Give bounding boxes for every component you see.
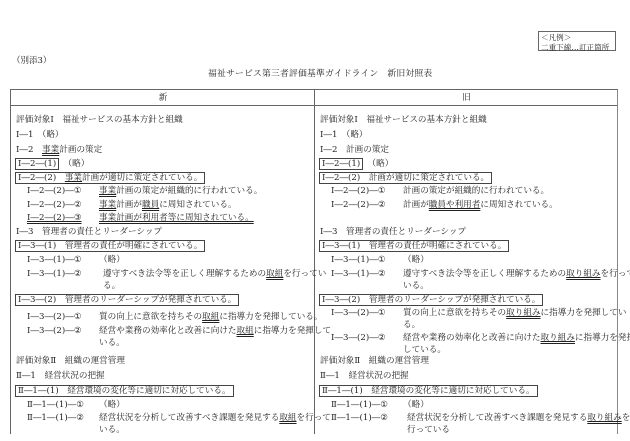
- document-title: 福祉サービス第三者評価基準ガイドライン 新旧対照表: [208, 66, 432, 79]
- corrected-text: 職員: [142, 200, 159, 210]
- item-continuation: している。: [403, 345, 446, 356]
- legend-text: 二重下線…訂正箇所: [541, 43, 613, 53]
- item-line: Ⅰ―3―(2) 管理者のリーダーシップが発揮されている。: [320, 295, 543, 306]
- item-line: Ⅱ―1 経営状況の把握: [16, 371, 105, 382]
- corrected-text: 取り組み: [566, 269, 600, 279]
- item-line: Ⅰ―2 計画の策定: [320, 145, 389, 156]
- column-old: 評価対象Ⅰ 福祉サービスの基本方針と組織 Ⅰ―1 （略） Ⅰ―2 計画の策定 Ⅰ…: [315, 105, 618, 434]
- item-line: Ⅱ―1―(1)―①（略）: [331, 400, 429, 411]
- item-line: Ⅰ―3―(2)―②経営や業務の効率化と改善に向けた取組に指導力を発揮して: [27, 326, 331, 337]
- column-new: 評価対象Ⅰ 福祉サービスの基本方針と組織 Ⅰ―1 （略） Ⅰ―2 事業計画の策定…: [11, 105, 314, 434]
- item-line: Ⅰ―3―(1)―①（略）: [27, 255, 125, 266]
- boxed-label: Ⅰ―2―(2) 事業計画が適切に策定されている。: [15, 172, 205, 184]
- item-line: Ⅰ―2―(2)―③事業計画が利用者等に周知されている。: [27, 213, 254, 224]
- item-line: Ⅰ―2―(2)―②事業計画が職員に周知されている。: [27, 200, 237, 211]
- item-line: Ⅰ―2―(2)―①計画の策定が組織的に行われている。: [331, 186, 549, 197]
- item-line: Ⅰ―3―(1)―②遵守すべき法令等を正しく理解するための取組を行ってい: [27, 269, 326, 280]
- annex-label: （別添3）: [12, 54, 51, 66]
- item-line: Ⅰ―3 管理者の責任とリーダーシップ: [320, 227, 466, 238]
- item-continuation: 行っている: [407, 425, 450, 436]
- corrected-text: 事業: [99, 200, 116, 210]
- header-new: 新: [11, 91, 315, 103]
- item-continuation: いる。: [99, 425, 125, 436]
- item-line: Ⅰ―2―(2)―①事業計画の策定が組織的に行われている。: [27, 186, 262, 197]
- comparison-table: 新 旧 評価対象Ⅰ 福祉サービスの基本方針と組織 Ⅰ―1 （略） Ⅰ―2 事業計…: [10, 89, 618, 434]
- boxed-label: Ⅰ―3―(1) 管理者の責任が明確にされている。: [15, 240, 205, 252]
- item-line: Ⅰ―2―(1) （略）: [320, 159, 393, 170]
- corrected-text: 取り組み: [506, 308, 540, 318]
- corrected-text: 取り組み: [541, 333, 575, 343]
- corrected-text: 取り組み: [587, 413, 621, 423]
- item-line: Ⅰ―3―(2)―①質の向上に意欲を持ちその取組に指導力を発揮している。: [27, 312, 322, 323]
- item-line: Ⅰ―2―(1) （略）: [16, 159, 89, 170]
- corrected-text: 職員や利用者: [429, 200, 481, 210]
- corrected-text: 事業: [65, 173, 82, 183]
- section-heading: 評価対象Ⅰ 福祉サービスの基本方針と組織: [320, 115, 487, 126]
- boxed-label: Ⅰ―2―(2) 計画が適切に策定されている。: [319, 172, 492, 184]
- item-line: Ⅰ―3―(1) 管理者の責任が明確にされている。: [16, 241, 205, 252]
- corrected-text: 取組: [266, 269, 283, 279]
- item-line: Ⅰ―3―(1)―①（略）: [331, 255, 429, 266]
- item-line: Ⅰ―3―(2) 管理者のリーダーシップが発揮されている。: [16, 295, 239, 306]
- item-line: Ⅱ―1 経営状況の把握: [320, 371, 409, 382]
- item-line: Ⅰ―1 （略）: [320, 130, 368, 141]
- corrected-text: 取組: [237, 326, 254, 336]
- item-line: Ⅰ―2 事業計画の策定: [16, 145, 102, 156]
- boxed-label: Ⅰ―3―(2) 管理者のリーダーシップが発揮されている。: [319, 294, 543, 306]
- boxed-label: Ⅰ―3―(2) 管理者のリーダーシップが発揮されている。: [15, 294, 239, 306]
- item-line: Ⅱ―1―(1)―①（略）: [27, 400, 125, 411]
- boxed-label: Ⅱ―1―(1) 経営環境の変化等に適切に対応している。: [319, 385, 538, 397]
- legend-box: ＜凡例＞ 二重下線…訂正箇所: [538, 31, 616, 51]
- boxed-label: Ⅰ―3―(1) 管理者の責任が明確にされている。: [319, 240, 509, 252]
- section-heading: 評価対象Ⅱ 組織の運営管理: [16, 356, 125, 367]
- boxed-label: Ⅱ―1―(1) 経営環境の変化等に適切に対応している。: [15, 385, 234, 397]
- header-old: 旧: [315, 91, 618, 103]
- boxed-label: Ⅰ―2―(1): [15, 158, 59, 170]
- item-line: Ⅱ―1―(1)―②経営状況を分析して改善すべき課題を発見する取り組みを: [331, 413, 630, 424]
- item-line: Ⅰ―3 管理者の責任とリーダーシップ: [16, 227, 162, 238]
- item-line: Ⅰ―1 （略）: [16, 130, 64, 141]
- item-line: Ⅱ―1―(1) 経営環境の変化等に適切に対応している。: [16, 386, 234, 397]
- item-line: Ⅰ―3―(1)―②遵守すべき法令等を正しく理解するための取り組みを行って: [331, 269, 630, 280]
- boxed-label: Ⅰ―2―(1): [319, 158, 363, 170]
- corrected-text: 取組: [202, 312, 219, 322]
- corrected-text: Ⅰ―2―(2)―③: [27, 213, 95, 224]
- section-heading: 評価対象Ⅰ 福祉サービスの基本方針と組織: [16, 115, 183, 126]
- item-continuation: る。: [103, 281, 120, 292]
- item-continuation: いる。: [99, 338, 125, 349]
- corrected-text: 事業: [42, 145, 59, 155]
- section-heading: 評価対象Ⅱ 組織の運営管理: [320, 356, 429, 367]
- corrected-text: 事業計画が利用者等に周知されている。: [99, 213, 254, 223]
- item-continuation: いる。: [403, 281, 429, 292]
- item-line: Ⅰ―2―(2) 計画が適切に策定されている。: [320, 173, 492, 184]
- item-line: Ⅰ―2―(2)―②計画が職員や利用者に周知されている。: [331, 200, 558, 211]
- item-line: Ⅰ―3―(2)―②経営や業務の効率化と改善に向けた取り組みに指導力を発揮: [331, 333, 630, 344]
- legend-title: ＜凡例＞: [541, 33, 613, 43]
- item-continuation: る。: [403, 320, 420, 331]
- item-line: Ⅰ―2―(2) 事業計画が適切に策定されている。: [16, 173, 205, 184]
- corrected-text: 事業: [99, 186, 116, 196]
- item-line: Ⅰ―3―(1) 管理者の責任が明確にされている。: [320, 241, 509, 252]
- corrected-text: 取組: [279, 413, 296, 423]
- item-line: Ⅱ―1―(1) 経営環境の変化等に適切に対応している。: [320, 386, 538, 397]
- item-line: Ⅰ―3―(2)―①質の向上に意欲を持ちその取り組みに指導力を発揮してい: [331, 308, 626, 319]
- item-line: Ⅱ―1―(1)―②経営状況を分析して改善すべき課題を発見する取組を行って: [27, 413, 331, 424]
